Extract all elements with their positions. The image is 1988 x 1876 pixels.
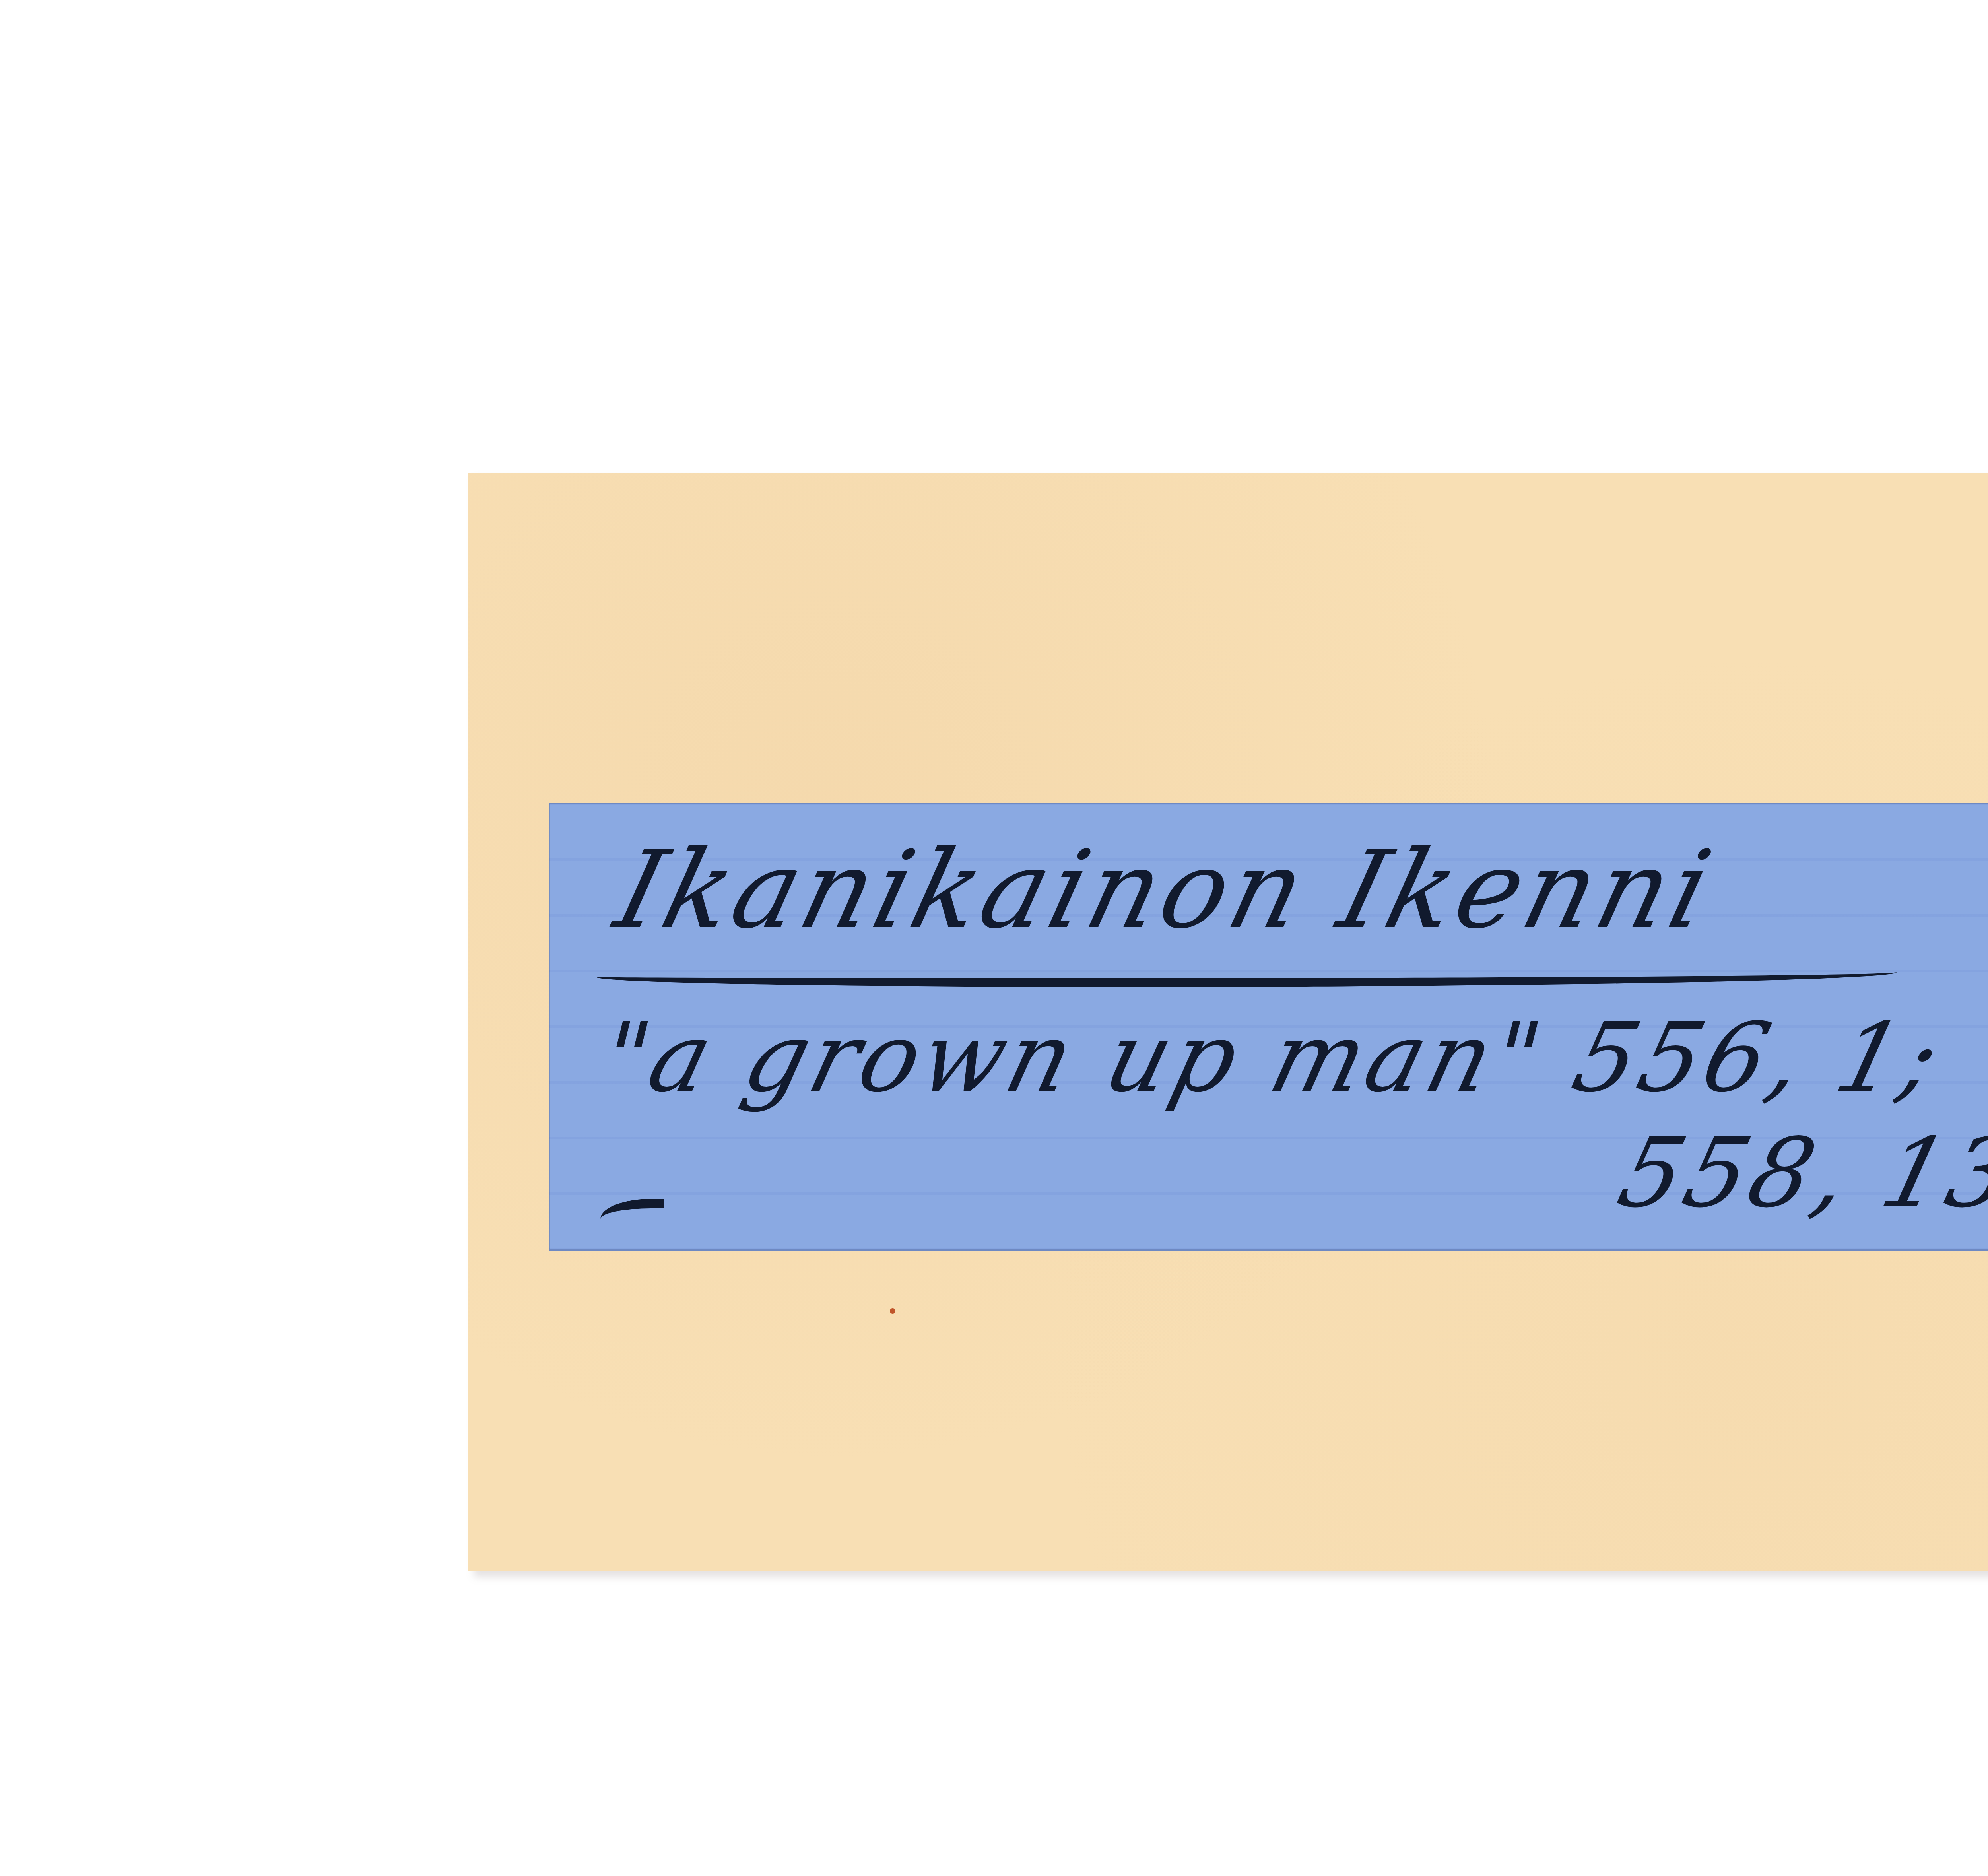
heading-underline bbox=[596, 962, 1897, 987]
index-slip: Ikanikainon Ikenni "a grown up man" 556,… bbox=[549, 803, 1988, 1251]
reference-line: 558, 13; bbox=[1608, 1117, 1988, 1229]
heading-text: Ikanikainon Ikenni bbox=[605, 827, 1726, 952]
quote-line: "a grown up man" 556, 1; bbox=[590, 1002, 1954, 1113]
ink-mark bbox=[600, 1199, 664, 1224]
foxing-spot bbox=[890, 1308, 895, 1314]
